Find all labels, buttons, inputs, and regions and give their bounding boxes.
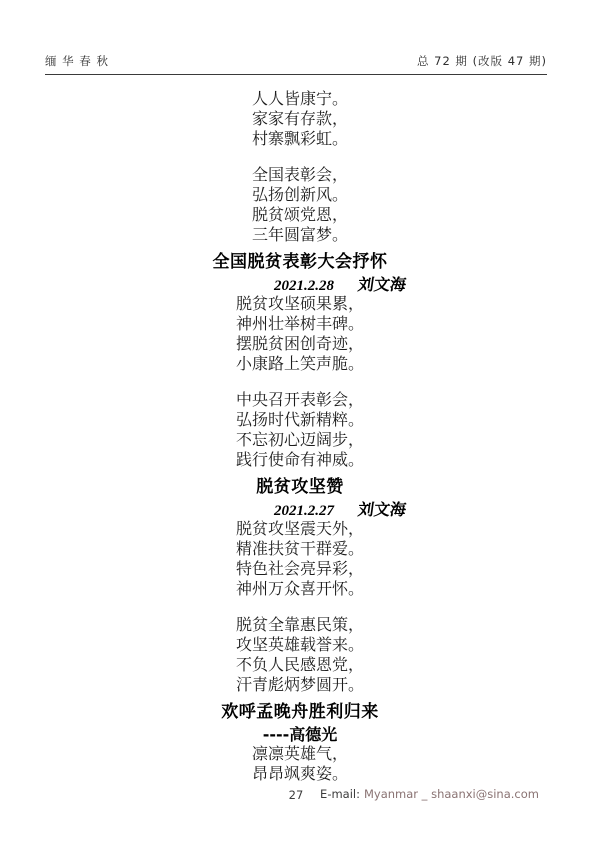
blank-line (0, 150, 600, 166)
poem-line: 脱贫全靠惠民策， (0, 616, 600, 636)
header-rule (45, 74, 547, 75)
page-footer: 27 E-mail:Myanmar _ shaanxi@sina.com (45, 787, 547, 803)
poem-line: 神州万众喜开怀。 (0, 580, 600, 600)
poem-line: 全国表彰会， (0, 166, 600, 186)
poem-line: 不忘初心迈阔步， (0, 431, 600, 451)
poem-line: 小康路上笑声脆。 (0, 355, 600, 375)
poem-line: 家家有存款， (0, 110, 600, 130)
poem-line: 昂昂飒爽姿。 (0, 765, 600, 785)
poem-author-line: ----高德光 (0, 725, 600, 745)
blank-line (0, 600, 600, 616)
poem-byline: 2021.2.28刘文海 (40, 275, 600, 295)
blank-line (0, 375, 600, 391)
poem-line: 中央召开表彰会， (0, 391, 600, 411)
poem-line: 脱贫攻坚硕果累， (0, 295, 600, 315)
poems-container: 人人皆康宁。家家有存款，村寨飘彩虹。全国表彰会，弘扬创新风。脱贫颂党恩，三年圆富… (0, 90, 600, 785)
poem-line: 不负人民感恩党， (0, 656, 600, 676)
poem-line: 践行使命有神威。 (0, 451, 600, 471)
poem-date: 2021.2.28 (274, 278, 334, 294)
poem-author: 刘文海 (357, 275, 408, 295)
poem-line: 人人皆康宁。 (0, 90, 600, 110)
poem-line: 弘扬时代新精粹。 (0, 411, 600, 431)
page-number: 27 (289, 788, 304, 802)
poem-title: 欢呼孟晚舟胜利归来 (0, 700, 600, 725)
footer-email: E-mail:Myanmar _ shaanxi@sina.com (320, 787, 539, 801)
poem-line: 凛凛英雄气， (0, 745, 600, 765)
poem-title: 全国脱贫表彰大会抒怀 (0, 250, 600, 275)
poem-line: 摆脱贫困创奇迹， (0, 335, 600, 355)
poem-line: 特色社会亮异彩， (0, 560, 600, 580)
poem-line: 村寨飘彩虹。 (0, 130, 600, 150)
poem-date: 2021.2.27 (274, 503, 334, 519)
header-journal-title: 缅 华 春 秋 (45, 53, 109, 69)
header-issue-info: 总 72 期 (改版 47 期) (417, 53, 547, 69)
poem-line: 神州壮举树丰碑。 (0, 315, 600, 335)
poem-line: 攻坚英雄载誉来。 (0, 636, 600, 656)
poem-line: 三年圆富梦。 (0, 226, 600, 246)
page-header: 缅 华 春 秋 总 72 期 (改版 47 期) (45, 53, 547, 69)
poem-author: 刘文海 (357, 500, 408, 520)
magazine-page: 缅 华 春 秋 总 72 期 (改版 47 期) 人人皆康宁。家家有存款，村寨飘… (0, 0, 600, 848)
email-label: E-mail: (320, 787, 360, 801)
poem-line: 精准扶贫干群爱。 (0, 540, 600, 560)
poem-line: 汗青彪炳梦圆开。 (0, 676, 600, 696)
email-address: Myanmar _ shaanxi@sina.com (364, 787, 539, 801)
poem-byline: 2021.2.27刘文海 (40, 500, 600, 520)
poem-line: 脱贫攻坚震天外， (0, 520, 600, 540)
poem-line: 弘扬创新风。 (0, 186, 600, 206)
poem-line: 脱贫颂党恩， (0, 206, 600, 226)
poem-title: 脱贫攻坚赞 (0, 475, 600, 500)
